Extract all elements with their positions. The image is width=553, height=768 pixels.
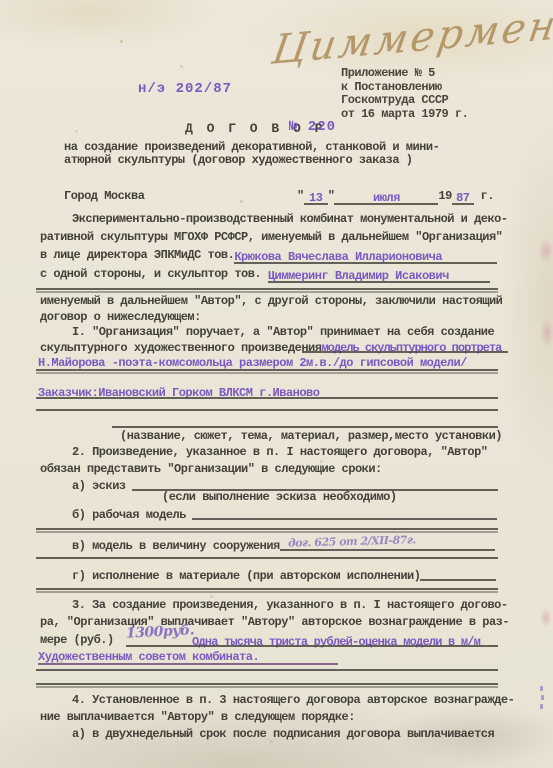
preamble-line-3: в лице директора ЭПКМиДС тов.Крюкова Вяч… bbox=[40, 249, 497, 264]
annex-line: Приложение № 5 bbox=[341, 67, 468, 81]
date-year-stamp: 87 bbox=[452, 192, 474, 205]
item-a-label: а) эскиз bbox=[72, 479, 126, 493]
edge-ink-dot bbox=[540, 704, 543, 709]
annex-line: Госкомтруда СССР bbox=[341, 94, 468, 108]
annex-line: от 16 марта 1979 г. bbox=[341, 108, 468, 122]
fee-amount-stamp-line-1: Одна тысяча триста рублей-оценка модели … bbox=[192, 636, 480, 649]
item-b-line: б) рабочая модель bbox=[72, 507, 497, 522]
strike-rule bbox=[302, 351, 508, 353]
separator-rule bbox=[36, 288, 498, 290]
edge-smudge bbox=[540, 608, 552, 628]
sculptor-name-stamp: Циммеринг Владимир Исакович bbox=[268, 270, 490, 283]
preamble-line-2: ративной скульптуры МГОХФ РСФСР, именуем… bbox=[40, 231, 502, 244]
contract-number-stamp: № 220 bbox=[289, 121, 336, 134]
blank-line-rule bbox=[36, 528, 498, 530]
date-century: 19 bbox=[438, 189, 451, 203]
item-a-note: (если выполнение эскиза необходимо) bbox=[162, 491, 397, 504]
blank-line-rule bbox=[36, 683, 498, 685]
item-v-line: в) модель в величину сооружения bbox=[72, 538, 495, 553]
clause4-line-2: ние выплачивается "Автору" в следующем п… bbox=[40, 711, 355, 724]
blank-line-rule bbox=[36, 397, 498, 399]
annex-line: к Постановлению bbox=[341, 81, 468, 95]
clause1-line-1: I. "Организация" поручает, а "Автор" при… bbox=[72, 326, 494, 339]
preamble-line-1: Экспериментально-производственный комбин… bbox=[72, 213, 508, 226]
preamble-line-4: с одной стороны, и скульптор тов. Циммер… bbox=[40, 268, 490, 283]
quote-mark: " bbox=[297, 189, 304, 203]
fields-caption: (название, сюжет, тема, материал, размер… bbox=[120, 430, 502, 443]
fee-amount-handwritten: 1300руб. bbox=[126, 624, 195, 641]
signature-handwriting: Циммерменг bbox=[269, 0, 553, 74]
item-g-blank bbox=[420, 568, 496, 581]
blank-line-rule bbox=[112, 426, 498, 428]
blank-line-rule bbox=[36, 588, 498, 590]
annex-reference: Приложение № 5 к Постановлению Госкомтру… bbox=[341, 67, 468, 121]
subtitle-line: атюрной скульптуры (договор художественн… bbox=[64, 154, 412, 167]
date-line: "13"июля1987 г. bbox=[297, 190, 494, 205]
date-suffix: г. bbox=[481, 189, 494, 203]
clause2-line-2: обязан представить "Организации" в следу… bbox=[40, 463, 382, 476]
blank-line-rule bbox=[36, 369, 498, 371]
blank-line-rule bbox=[36, 669, 498, 671]
edge-smudge bbox=[540, 318, 553, 348]
item-g-label: г) исполнение в материале (при авторском… bbox=[72, 569, 420, 583]
clause3-line-2: ра, "Организация" выплачивает "Автору" а… bbox=[40, 616, 509, 629]
item-b-label: б) рабочая модель bbox=[72, 508, 186, 522]
edge-ink-dot bbox=[541, 695, 544, 700]
clause1-line-2: скульптурного художественного произведен… bbox=[40, 342, 501, 355]
date-day-stamp: 13 bbox=[304, 192, 328, 205]
clause3-line-1: 3. За создание произведения, указанного … bbox=[72, 599, 508, 612]
edge-ink-dot bbox=[540, 686, 543, 691]
quote-mark: " bbox=[328, 189, 335, 203]
clause4-line-1: 4. Установленное в п. 3 настоящего догов… bbox=[72, 694, 514, 707]
work-label: скульптурного художественного произведен… bbox=[40, 341, 321, 355]
date-month-stamp: июля bbox=[334, 192, 438, 205]
case-number-stamp: н/э 202/87 bbox=[138, 83, 232, 96]
item-b-blank bbox=[192, 507, 497, 520]
edge-smudge bbox=[538, 238, 553, 264]
fee-label: мере (руб.) bbox=[40, 634, 114, 647]
blank-line-rule bbox=[36, 557, 498, 559]
blank-line-rule bbox=[36, 409, 498, 411]
city-label: Город Москва bbox=[64, 190, 144, 203]
clause2-line-1: 2. Произведение, указанное в п. I настоя… bbox=[72, 446, 487, 459]
director-label: в лице директора ЭПКМиДС тов. bbox=[40, 248, 234, 262]
clause4-line-3: а) в двухнедельный срок после подписания… bbox=[72, 728, 494, 741]
sculptor-label: с одной стороны, и скульптор тов. bbox=[40, 267, 261, 281]
strike-rule bbox=[126, 645, 498, 647]
director-name-stamp: Крюкова Вячеслава Илларионовича bbox=[234, 251, 497, 264]
scanned-contract-page: Циммерменг н/э 202/87 Приложение № 5 к П… bbox=[0, 0, 553, 768]
item-v-label: в) модель в величину сооружения bbox=[72, 539, 280, 553]
paper-speckles bbox=[120, 40, 123, 43]
item-g-line: г) исполнение в материале (при авторском… bbox=[72, 568, 496, 583]
stamp-underline bbox=[38, 663, 338, 665]
preamble-line-5: именуемый в дальнейшем "Автор", с другой… bbox=[40, 295, 502, 308]
preamble-line-6: договор о нижеследующем: bbox=[40, 311, 201, 324]
